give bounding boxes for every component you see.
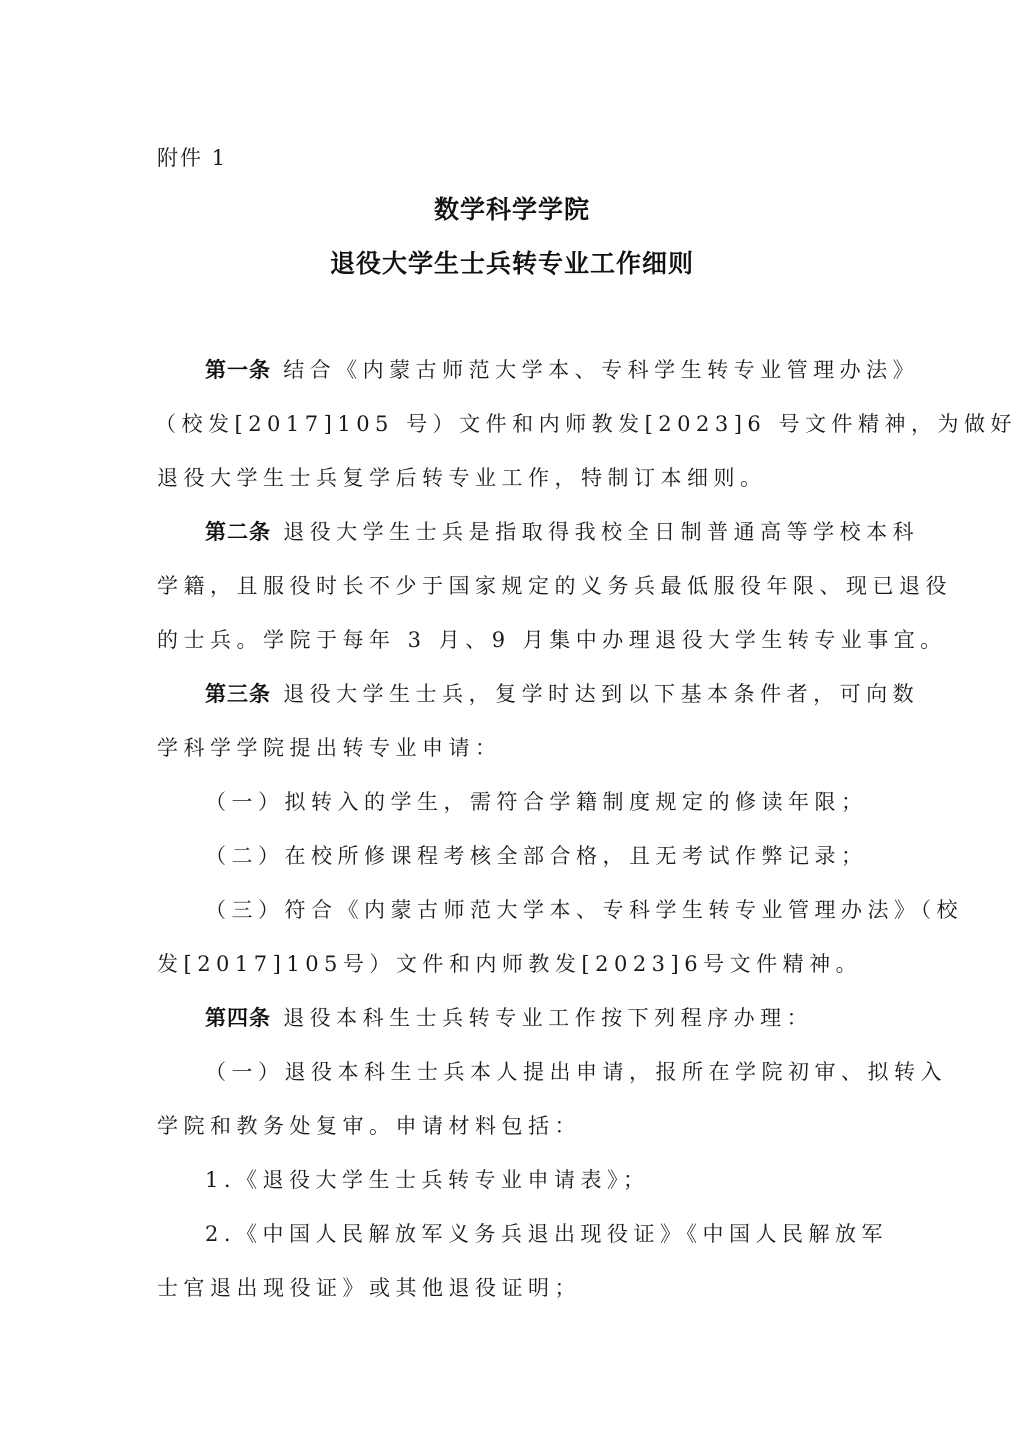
article-1-line-2: （校发[2017]105 号）文件和内师教发[2023]6 号文件精神，为做好 [155, 408, 1017, 438]
article-2-text: 退役大学生士兵是指取得我校全日制普通高等学校本科 [283, 520, 919, 544]
article-3-heading: 第三条 [205, 682, 271, 706]
attachment-label: 附件 1 [157, 142, 227, 172]
material-1: 1.《退役大学生士兵转专业申请表》； [205, 1164, 650, 1194]
procedure-1-line-2: 学院和教务处复审。申请材料包括： [157, 1110, 581, 1140]
title-college: 数学科学学院 [0, 190, 1024, 226]
article-1-heading: 第一条 [205, 358, 271, 382]
condition-1: （一）拟转入的学生，需符合学籍制度规定的修读年限； [205, 786, 868, 816]
article-2-line-3: 的士兵。学院于每年 3 月、9 月集中办理退役大学生转专业事宜。 [157, 624, 947, 654]
article-3-line-2: 学科学学院提出转专业申请： [157, 732, 502, 762]
article-3-line-1: 第三条 退役大学生士兵，复学时达到以下基本条件者，可向数 [205, 678, 919, 708]
title-document: 退役大学生士兵转专业工作细则 [0, 244, 1024, 280]
article-1-line-1: 第一条 结合《内蒙古师范大学本、专科学生转专业管理办法》 [205, 354, 919, 384]
article-2-line-1: 第二条 退役大学生士兵是指取得我校全日制普通高等学校本科 [205, 516, 919, 546]
procedure-1-line-1: （一）退役本科生士兵本人提出申请，报所在学院初审、拟转入 [205, 1056, 947, 1086]
article-3-text: 退役大学生士兵，复学时达到以下基本条件者，可向数 [283, 682, 919, 706]
article-1-line-3: 退役大学生士兵复学后转专业工作，特制订本细则。 [157, 462, 767, 492]
article-2-heading: 第二条 [205, 520, 271, 544]
material-2-line-2: 士官退出现役证》或其他退役证明； [157, 1272, 581, 1302]
article-4-heading: 第四条 [205, 1006, 271, 1030]
article-4-text: 退役本科生士兵转专业工作按下列程序办理： [283, 1006, 813, 1030]
article-1-text: 结合《内蒙古师范大学本、专科学生转专业管理办法》 [283, 358, 919, 382]
article-2-line-2: 学籍，且服役时长不少于国家规定的义务兵最低服役年限、现已退役 [157, 570, 952, 600]
article-4-line-1: 第四条 退役本科生士兵转专业工作按下列程序办理： [205, 1002, 813, 1032]
condition-2: （二）在校所修课程考核全部合格，且无考试作弊记录； [205, 840, 868, 870]
condition-3-line-2: 发[2017]105号）文件和内师教发[2023]6号文件精神。 [157, 948, 862, 978]
condition-3-line-1: （三）符合《内蒙古师范大学本、专科学生转专业管理办法》（校 [205, 894, 963, 924]
material-2-line-1: 2.《中国人民解放军义务兵退出现役证》《中国人民解放军 [205, 1218, 888, 1248]
